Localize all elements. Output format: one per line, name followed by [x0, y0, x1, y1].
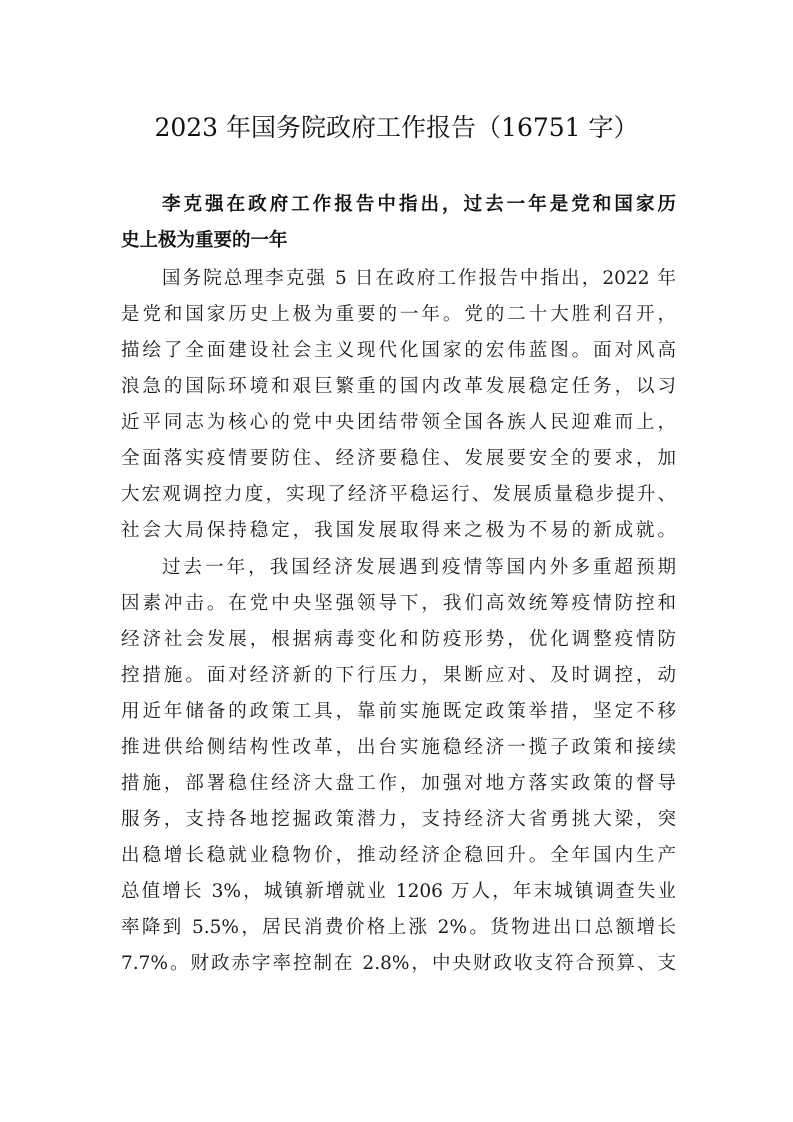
paragraph-line: 社会大局保持稳定，我国发展取得来之极为不易的新成就。 [121, 516, 676, 546]
paragraph-line: 措施，部署稳住经济大盘工作，加强对地方落实政策的督导 [121, 769, 676, 799]
paragraph-line: 浪急的国际环境和艰巨繁重的国内改革发展稳定任务，以习 [121, 372, 676, 402]
paragraph-line: 描绘了全面建设社会主义现代化国家的宏伟蓝图。面对风高 [121, 336, 676, 366]
paragraph-line: 出稳增长稳就业稳物价，推动经济企稳回升。全年国内生产 [121, 841, 676, 871]
paragraph-line: 总值增长 3%，城镇新增就业 1206 万人，年末城镇调查失业 [121, 877, 676, 907]
paragraph-line: 服务，支持各地挖掘政策潜力，支持经济大省勇挑大梁，突 [121, 805, 676, 835]
paragraph-line: 控措施。面对经济新的下行压力，果断应对、及时调控，动 [121, 661, 676, 691]
paragraph-line: 7.7%。财政赤字率控制在 2.8%，中央财政收支符合预算、支 [121, 949, 676, 979]
paragraph-line: 过去一年，我国经济发展遇到疫情等国内外多重超预期 [162, 553, 676, 583]
paragraph-line: 经济社会发展，根据病毒变化和防疫形势，优化调整疫情防 [121, 625, 676, 655]
document-page: 2023 年国务院政府工作报告（16751 字） 李克强在政府工作报告中指出，过… [0, 0, 793, 1122]
section-heading-line: 李克强在政府工作报告中指出，过去一年是党和国家历 [162, 190, 676, 220]
paragraph-line: 大宏观调控力度，实现了经济平稳运行、发展质量稳步提升、 [121, 480, 676, 510]
paragraph-line: 近平同志为核心的党中央团结带领全国各族人民迎难而上， [121, 408, 676, 438]
paragraph-line: 推进供给侧结构性改革，出台实施稳经济一揽子政策和接续 [121, 733, 676, 763]
section-heading-line: 史上极为重要的一年 [121, 226, 676, 256]
paragraph-line: 全面落实疫情要防住、经济要稳住、发展要安全的要求，加 [121, 444, 676, 474]
paragraph-line: 是党和国家历史上极为重要的一年。党的二十大胜利召开， [121, 300, 676, 330]
paragraph-line: 率降到 5.5%，居民消费价格上涨 2%。货物进出口总额增长 [121, 913, 676, 943]
paragraph-line: 用近年储备的政策工具，靠前实施既定政策举措，坚定不移 [121, 697, 676, 727]
paragraph-line: 因素冲击。在党中央坚强领导下，我们高效统筹疫情防控和 [121, 589, 676, 619]
paragraph-line: 国务院总理李克强 5 日在政府工作报告中指出，2022 年 [162, 264, 676, 294]
document-title: 2023 年国务院政府工作报告（16751 字） [0, 110, 793, 146]
